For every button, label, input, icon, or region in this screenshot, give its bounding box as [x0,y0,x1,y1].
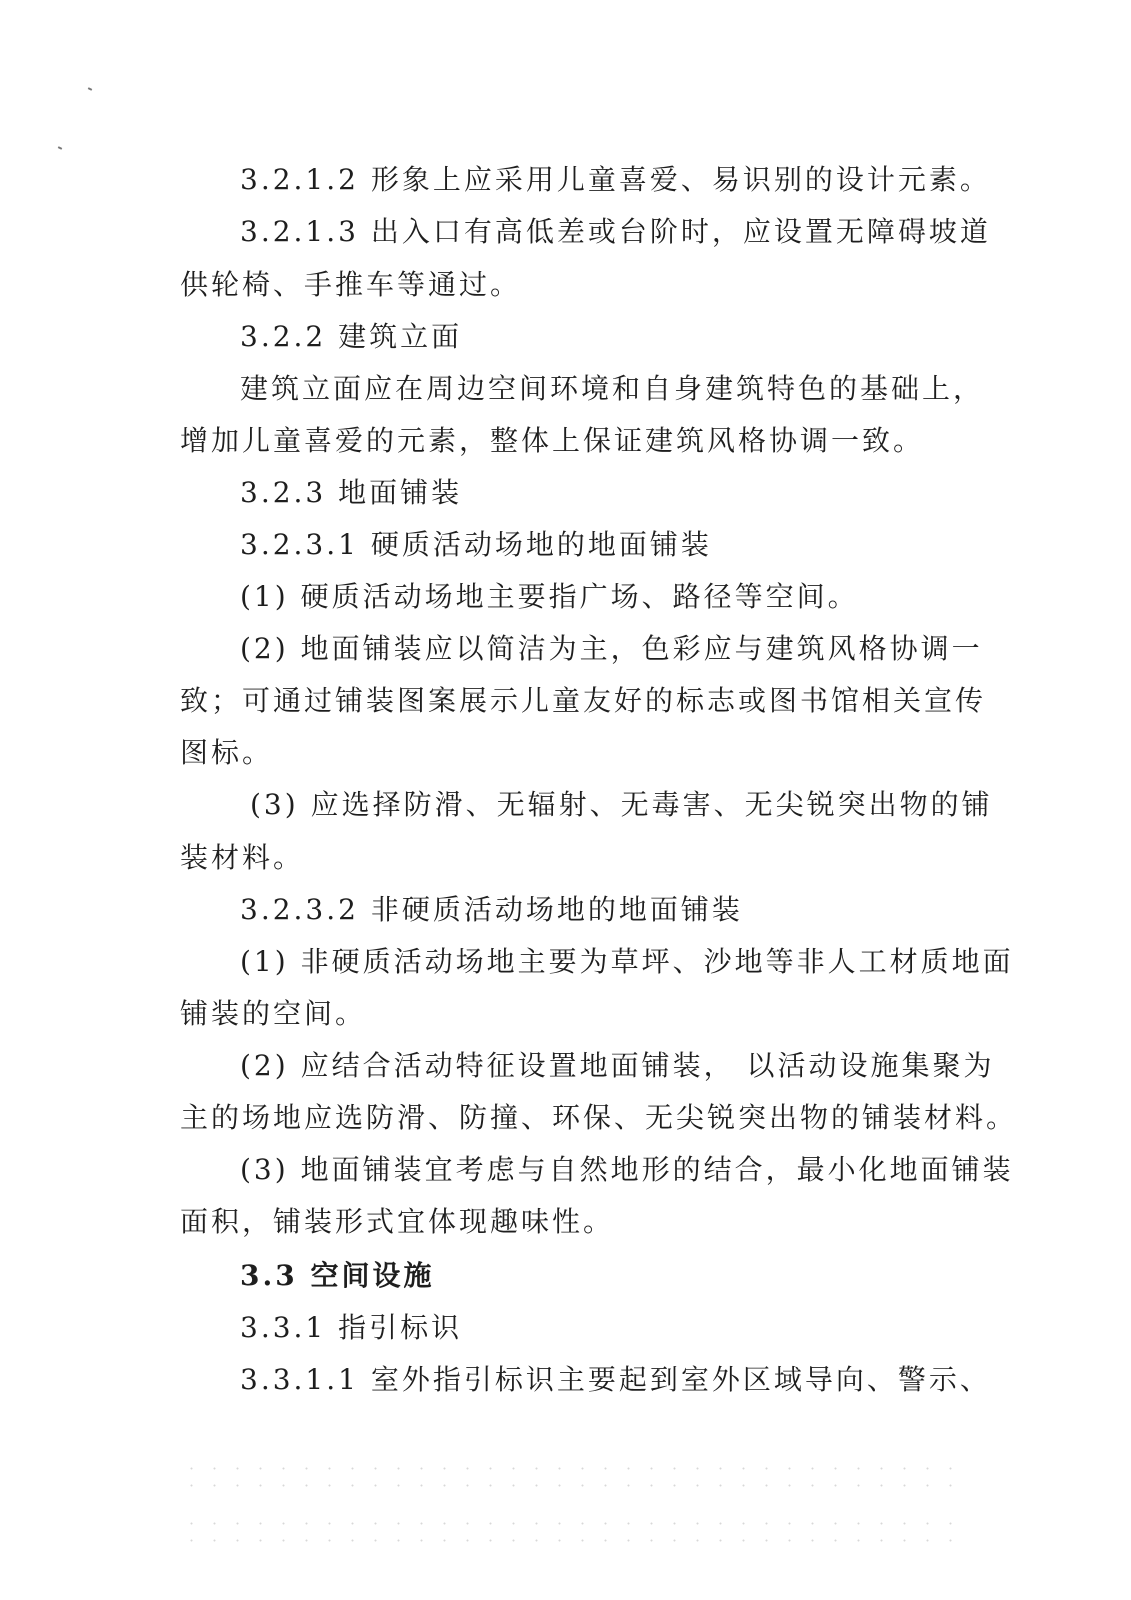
heading-3-2-3-2: 3.2.3.2 非硬质活动场地的地面铺装 [240,892,743,928]
scan-speck [58,146,62,150]
heading-3-2-3-1: 3.2.3.1 硬质活动场地的地面铺装 [240,527,712,563]
item-soft-2-cont: 主的场地应选防滑、防撞、环保、无尖锐突出物的铺装材料。 [180,1100,1017,1136]
scan-bleedthrough-noise [180,1460,960,1500]
item-soft-1-cont: 铺装的空间。 [180,996,366,1032]
item-hard-3-cont: 装材料。 [180,840,304,876]
item-hard-3: (3) 应选择防滑、无辐射、无毒害、无尖锐突出物的铺 [250,787,993,823]
item-hard-1: (1) 硬质活动场地主要指广场、路径等空间。 [240,579,859,615]
item-soft-3-cont: 面积，铺装形式宜体现趣味性。 [180,1204,614,1240]
clause-3-2-1-2: 3.2.1.2 形象上应采用儿童喜爱、易识别的设计元素。 [240,162,991,198]
heading-3-3-1: 3.3.1 指引标识 [240,1310,462,1346]
paragraph-facade-cont: 增加儿童喜爱的元素，整体上保证建筑风格协调一致。 [180,423,924,459]
scan-bleedthrough-noise [180,1515,960,1555]
scan-speck [88,87,92,91]
item-soft-1: (1) 非硬质活动场地主要为草坪、沙地等非人工材质地面 [240,944,1014,980]
clause-3-2-1-3-cont: 供轮椅、手推车等通过。 [180,267,521,303]
item-hard-2: (2) 地面铺装应以简洁为主，色彩应与建筑风格协调一 [240,631,983,667]
heading-3-2-3: 3.2.3 地面铺装 [240,475,462,511]
scanned-document-page: 3.2.1.2 形象上应采用儿童喜爱、易识别的设计元素。 3.2.1.3 出入口… [0,0,1131,1600]
heading-3-2-2: 3.2.2 建筑立面 [240,319,462,355]
item-soft-2: (2) 应结合活动特征设置地面铺装， 以活动设施集聚为 [240,1048,994,1084]
clause-3-3-1-1: 3.3.1.1 室外指引标识主要起到室外区域导向、警示、 [240,1362,991,1398]
clause-3-2-1-3: 3.2.1.3 出入口有高低差或台阶时，应设置无障碍坡道 [240,214,991,250]
item-soft-3: (3) 地面铺装宜考虑与自然地形的结合，最小化地面铺装 [240,1152,1014,1188]
paragraph-facade: 建筑立面应在周边空间环境和自身建筑特色的基础上， [240,371,984,407]
heading-3-3: 3.3 空间设施 [240,1258,434,1294]
item-hard-2-cont2: 图标。 [180,735,273,771]
item-hard-2-cont: 致；可通过铺装图案展示儿童友好的标志或图书馆相关宣传 [180,683,986,719]
